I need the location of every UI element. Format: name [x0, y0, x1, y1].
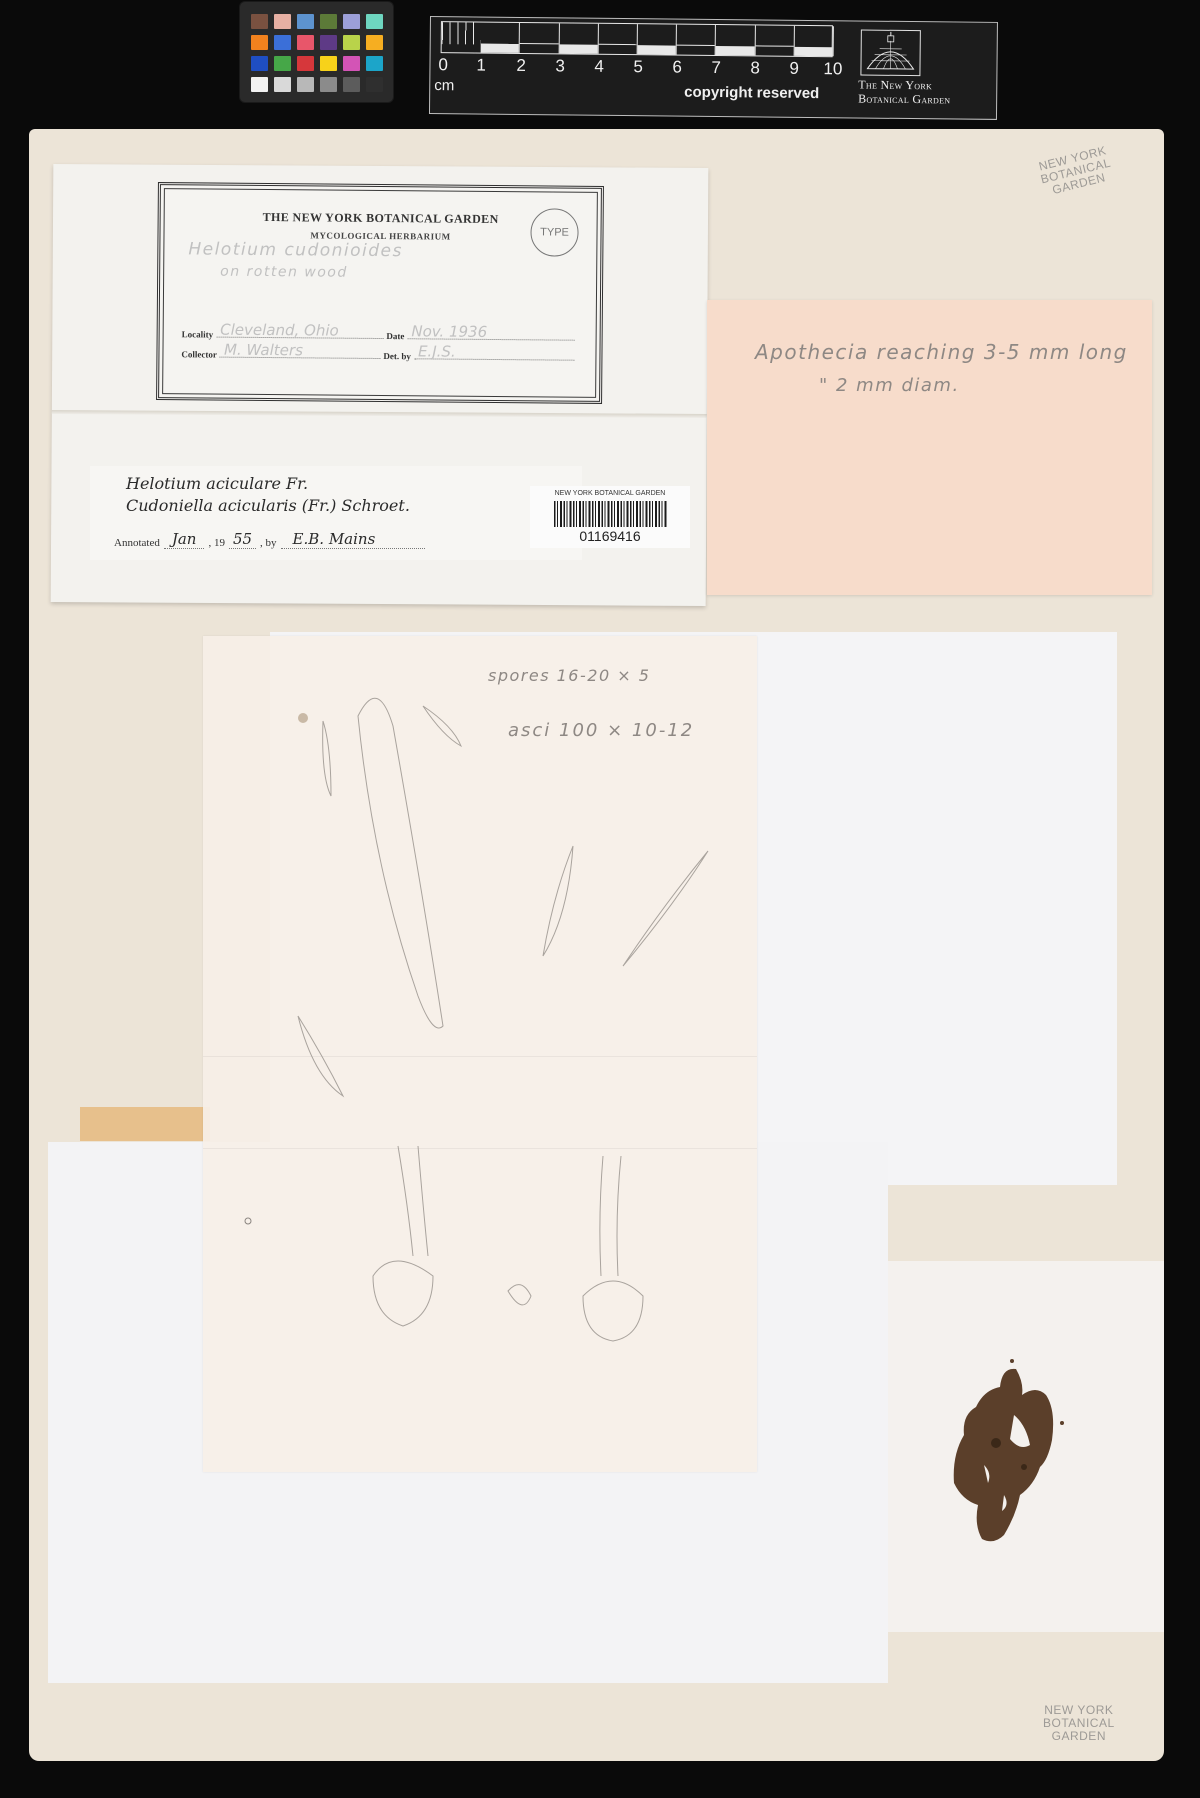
color-swatch — [320, 77, 337, 92]
barcode-institution: NEW YORK BOTANICAL GARDEN — [530, 490, 690, 497]
color-swatch — [366, 35, 383, 50]
det-label: Det. by — [383, 351, 411, 361]
ruler-segment — [755, 25, 794, 55]
date-label: Date — [386, 331, 404, 341]
annotator-name: E.B. Mains — [281, 530, 426, 549]
color-swatch-grid — [251, 14, 383, 92]
color-swatch — [251, 77, 268, 92]
packet-fold — [52, 410, 707, 418]
barcode-number: 01169416 — [530, 528, 690, 544]
color-swatch — [274, 14, 291, 29]
tick-label: 7 — [711, 58, 721, 78]
color-swatch — [366, 14, 383, 29]
institution-stamp-bottom: NEW YORK BOTANICAL GARDEN — [1043, 1704, 1115, 1743]
type-stamp: TYPE — [530, 208, 578, 256]
color-swatch — [251, 35, 268, 50]
locality-value: Cleveland, Ohio — [220, 321, 339, 340]
color-swatch — [343, 77, 360, 92]
color-swatch — [251, 14, 268, 29]
annotation-year: 55 — [229, 530, 256, 549]
specimen-label: THE NEW YORK BOTANICAL GARDEN MYCOLOGICA… — [156, 182, 604, 404]
det-value: E.J.S. — [418, 342, 456, 360]
apothecia-note-card: Apothecia reaching 3-5 mm long " 2 mm di… — [707, 300, 1152, 595]
date-value: Nov. 1936 — [411, 322, 487, 341]
conservatory-logo-icon — [860, 30, 920, 77]
color-swatch — [297, 35, 314, 50]
color-swatch — [343, 14, 360, 29]
color-swatch — [274, 56, 291, 71]
millimeter-ticks — [442, 22, 481, 44]
tick-label: 10 — [823, 59, 842, 79]
copyright-text: copyright reserved — [684, 84, 819, 102]
color-swatch — [343, 56, 360, 71]
collector-det-row: Collector M. Walters Det. by E.J.S. — [181, 349, 577, 362]
ruler-segment — [520, 23, 559, 53]
ruler-segment — [716, 25, 755, 55]
tick-label: 6 — [672, 58, 682, 78]
tick-label: 4 — [594, 57, 604, 77]
tick-label: 3 — [555, 56, 565, 76]
tick-label: 2 — [516, 56, 526, 76]
label-habitat: on rotten wood — [220, 264, 348, 281]
collector-value: M. Walters — [224, 341, 303, 360]
tan-paper-strip — [80, 1107, 210, 1141]
ruler-segment — [481, 23, 520, 53]
tissue-drawing-sheet: spores 16-20 × 5 asci 100 × 10-12 — [203, 636, 757, 1472]
barcode-icon — [554, 501, 668, 527]
locality-label: Locality — [182, 329, 214, 339]
ruler-segment — [794, 26, 833, 56]
color-swatch — [297, 77, 314, 92]
tick-label: 8 — [750, 58, 760, 78]
apothecia-note-line2: " 2 mm diam. — [819, 375, 960, 396]
annotation-credit-row: Annotated Jan , 19 55 , by E.B. Mains — [114, 530, 425, 549]
tick-label: 1 — [476, 55, 486, 75]
color-swatch — [320, 14, 337, 29]
ruler-org-name: The New York Botanical Garden — [858, 77, 951, 106]
fungal-specimen-fragments — [944, 1355, 1074, 1550]
tick-label: 9 — [789, 59, 799, 79]
ascus-sketch-icon — [203, 636, 757, 1472]
apothecia-note-line1: Apothecia reaching 3-5 mm long — [755, 340, 1128, 364]
annotated-label: Annotated — [114, 537, 160, 549]
color-swatch — [274, 35, 291, 50]
annotation-year-prefix: , 19 — [208, 537, 225, 549]
collector-label: Collector — [181, 349, 217, 359]
ruler-unit: cm — [434, 77, 454, 94]
color-swatch — [251, 56, 268, 71]
annotation-taxon-old: Helotium aciculare Fr. — [126, 474, 308, 493]
annotation-slip: Helotium aciculare Fr. Cudoniella acicul… — [90, 466, 582, 560]
ruler-segment — [559, 23, 598, 53]
color-swatch — [343, 35, 360, 50]
barcode-label: NEW YORK BOTANICAL GARDEN 01169416 — [530, 486, 690, 548]
tick-label: 5 — [633, 57, 643, 77]
annotation-month: Jan — [164, 530, 205, 549]
scale-ruler: 0 1 2 3 4 5 6 7 8 9 10 cm copyright rese… — [429, 16, 998, 120]
color-swatch — [366, 56, 383, 71]
ruler-segment — [677, 25, 716, 55]
color-swatch — [366, 77, 383, 92]
color-swatch — [297, 14, 314, 29]
color-swatch — [297, 56, 314, 71]
color-swatch — [274, 77, 291, 92]
color-swatch — [320, 35, 337, 50]
ruler-segment — [598, 24, 637, 54]
annotation-by-label: , by — [260, 537, 277, 549]
label-taxon-name: Helotium cudonioides — [188, 239, 403, 261]
ruler-segment — [638, 24, 677, 54]
annotation-taxon-new: Cudoniella acicularis (Fr.) Schroet. — [126, 496, 410, 515]
scale-bar — [441, 21, 833, 57]
tick-label: 0 — [438, 55, 448, 75]
color-swatch — [320, 56, 337, 71]
color-checker-card — [240, 2, 393, 102]
